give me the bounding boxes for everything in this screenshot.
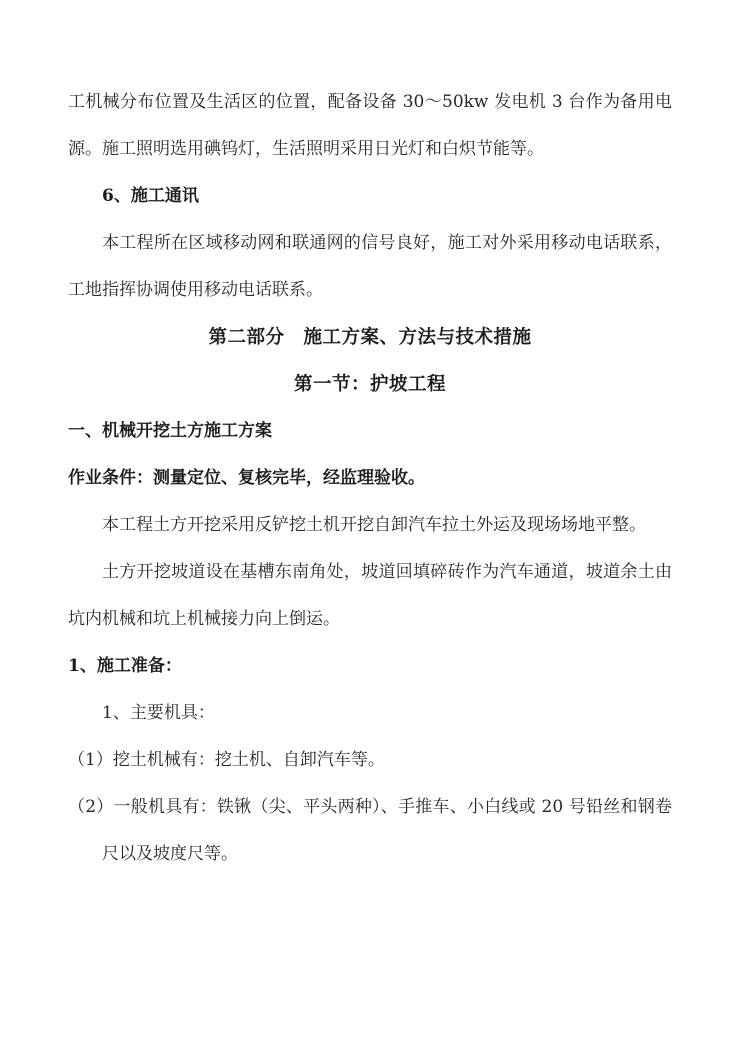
heading-construction-communication: 6、施工通讯: [68, 173, 672, 220]
body-paragraph-power-lighting: 工机械分布位置及生活区的位置，配备设备 30～50kw 发电机 3 台作为备用电…: [68, 79, 672, 173]
body-paragraph-ramp-location: 土方开挖坡道设在基槽东南角处，坡道回填碎砖作为汽车通道，坡道余土由坑内机械和坑上…: [68, 549, 672, 643]
heading-construction-preparation: 1、施工准备：: [68, 643, 672, 690]
section-title-slope-protection: 第一节：护坡工程: [68, 361, 672, 408]
heading-mechanical-excavation-plan: 一、机械开挖土方施工方案: [68, 408, 672, 455]
part-title: 第二部分 施工方案、方法与技术措施: [68, 314, 672, 361]
list-item-excavation-machinery: （1）挖土机械有：挖土机、自卸汽车等。: [68, 737, 672, 784]
heading-work-conditions: 作业条件：测量定位、复核完毕，经监理验收。: [68, 455, 672, 502]
body-paragraph-communication: 本工程所在区域移动网和联通网的信号良好，施工对外采用移动电话联系，工地指挥协调使…: [68, 220, 672, 314]
document-page: 工机械分布位置及生活区的位置，配备设备 30～50kw 发电机 3 台作为备用电…: [0, 0, 740, 1048]
body-paragraph-excavation-method: 本工程土方开挖采用反铲挖土机开挖自卸汽车拉土外运及现场场地平整。: [68, 502, 672, 549]
list-item-general-tools: （2）一般机具有：铁锹（尖、平头两种）、手推车、小白线或 20 号铅丝和钢卷尺以…: [68, 784, 672, 878]
subheading-main-tools: 1、主要机具：: [68, 690, 672, 737]
